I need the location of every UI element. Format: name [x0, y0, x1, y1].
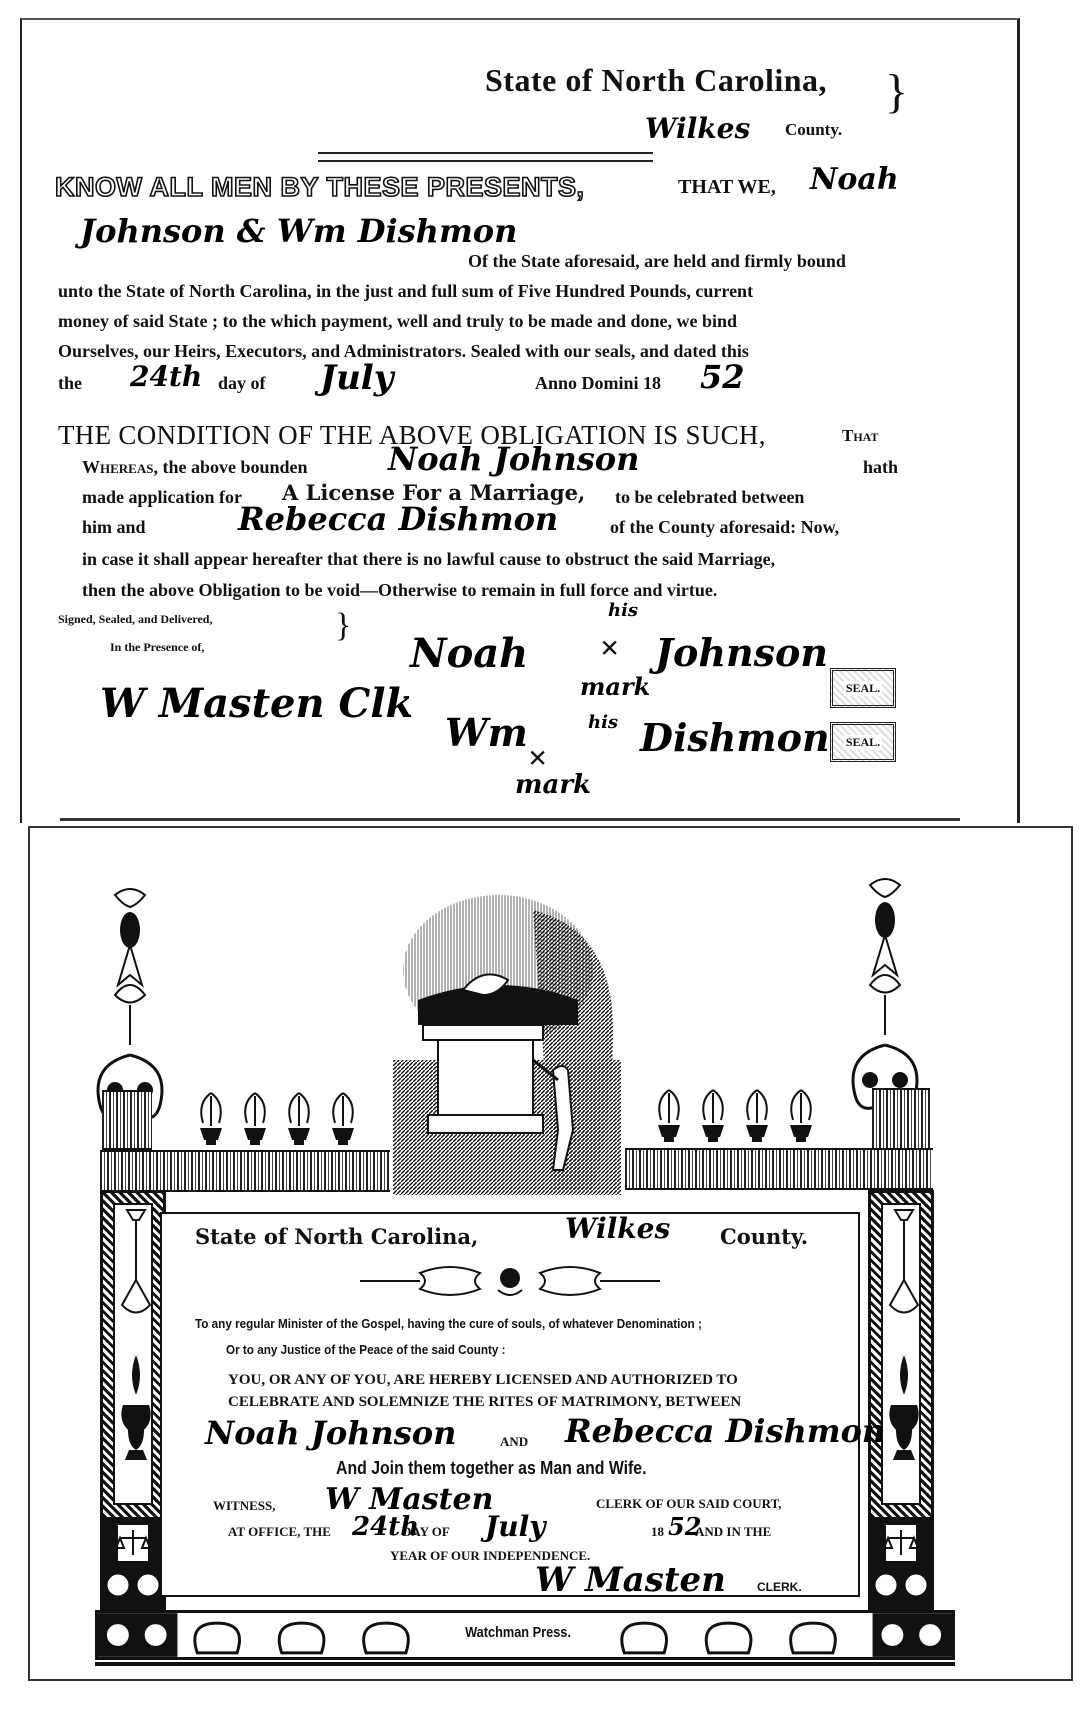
- bond-bride-handwritten: Rebecca Dishmon: [238, 500, 558, 538]
- left-scales-base-icon: [100, 1520, 166, 1610]
- bond-groom-handwritten: Noah Johnson: [388, 440, 639, 478]
- to-justice-line: Or to any Justice of the Peace of the sa…: [226, 1342, 506, 1357]
- left-pillar-cap: [102, 1090, 152, 1150]
- left-pillar-panel: [113, 1203, 153, 1505]
- urn-fern-icon: [236, 1088, 274, 1148]
- header-rule: [318, 152, 653, 162]
- urn-fern-icon: [650, 1085, 688, 1145]
- license-groom-handwritten: Noah Johnson: [205, 1414, 456, 1452]
- signer2-last: Dishmon: [640, 715, 830, 760]
- urn-fern-icon: [324, 1088, 362, 1148]
- condition-line-5: in case it shall appear hereafter that t…: [82, 544, 775, 574]
- left-urn-row: [192, 1088, 362, 1148]
- license-month-handwritten: July: [485, 1510, 546, 1543]
- names-handwritten-1: Noah: [810, 162, 899, 197]
- bond-county-label: County.: [785, 120, 842, 140]
- signer1-last: Johnson: [655, 630, 828, 675]
- him-and-label: him and: [82, 512, 146, 542]
- printer-label: Watchman Press.: [460, 1622, 576, 1643]
- signer1-mark-label: mark: [580, 672, 650, 701]
- bond-county-handwritten: Wilkes: [645, 112, 750, 145]
- seal-box-1: SEAL.: [830, 668, 896, 708]
- witness-signature: W Masten Clk: [100, 680, 413, 727]
- license-bride-handwritten: Rebecca Dishmon: [565, 1412, 885, 1450]
- whereas-label: Whereas,: [82, 457, 158, 477]
- signer2-mark-label: mark: [515, 770, 591, 800]
- signer2-by: his: [588, 712, 618, 733]
- state-aforesaid: Of the State aforesaid,: [468, 251, 640, 271]
- and-in-the-label: AND IN THE: [695, 1524, 771, 1540]
- signer1-first: Noah: [410, 630, 528, 677]
- urn-fern-icon: [782, 1085, 820, 1145]
- urn-fern-icon: [280, 1088, 318, 1148]
- date-the: the: [58, 368, 82, 398]
- brace-icon-2: }: [335, 606, 351, 646]
- brace-icon: }: [885, 62, 908, 122]
- that-label: That: [842, 426, 878, 446]
- urn-fern-icon: [738, 1085, 776, 1145]
- seal-box-2: SEAL.: [830, 722, 896, 762]
- lamp-divider-ornament-icon: [360, 1258, 660, 1304]
- right-urn-row: [650, 1085, 820, 1145]
- right-pillar-panel: [881, 1203, 921, 1505]
- urn-fern-icon: [192, 1088, 230, 1148]
- bond-year-handwritten: 52: [700, 358, 745, 396]
- day-of-label: day of: [218, 368, 266, 398]
- bond-month-handwritten: July: [320, 358, 393, 398]
- footer-rule: [95, 1662, 955, 1666]
- body-line-1: Of the State aforesaid, are held and fir…: [468, 246, 846, 276]
- held-bound: are held and firmly bound: [644, 251, 846, 271]
- to-minister-line: To any regular Minister of the Gospel, h…: [195, 1316, 702, 1331]
- know-all-men-heading: KNOW ALL MEN BY THESE PRESENTS,: [55, 172, 585, 203]
- witness-label: WITNESS,: [213, 1498, 276, 1514]
- right-pillar: [868, 1190, 934, 1520]
- authorized-line-2: CELEBRATE AND SOLEMNIZE THE RITES OF MAT…: [228, 1394, 741, 1411]
- signer2-first: Wm: [445, 710, 528, 755]
- clerk-of-court-label: CLERK OF OUR SAID COURT,: [596, 1496, 782, 1512]
- body-line-2: unto the State of North Carolina, in the…: [58, 276, 753, 306]
- license-state-title: State of North Carolina,: [195, 1224, 478, 1249]
- right-top-band: [625, 1148, 933, 1190]
- join-together-line: And Join them together as Man and Wife.: [336, 1458, 647, 1479]
- left-pillar: [100, 1190, 166, 1520]
- license-county-label: County.: [720, 1224, 808, 1249]
- anno-domini-label: Anno Domini 18: [535, 368, 661, 398]
- signer1-mark-x: ×: [600, 630, 619, 668]
- seal-label-2: SEAL.: [844, 735, 882, 750]
- signed-sealed-label: Signed, Sealed, and Delivered,: [58, 612, 212, 627]
- clerk-signature: W Masten: [535, 1560, 726, 1600]
- left-top-band: [100, 1150, 390, 1192]
- names-handwritten-2: Johnson & Wm Dishmon: [80, 212, 517, 250]
- at-office-label: AT OFFICE, THE: [228, 1524, 331, 1540]
- in-presence-label: In the Presence of,: [110, 640, 204, 655]
- sheet-edge-divider: [60, 818, 960, 821]
- urn-fern-icon: [694, 1085, 732, 1145]
- made-application-label: made application for: [82, 482, 242, 512]
- seal-label-1: SEAL.: [844, 681, 882, 696]
- to-be-celebrated-label: to be celebrated between: [615, 482, 804, 512]
- right-scales-base-icon: [868, 1520, 934, 1610]
- above-bounden-label: the above bounden: [162, 457, 307, 477]
- clerk-label: CLERK.: [757, 1580, 802, 1594]
- bond-state-title: State of North Carolina,: [485, 62, 827, 99]
- right-pillar-cap: [872, 1088, 930, 1150]
- day-of-caps-label: DAY OF: [402, 1524, 450, 1540]
- body-line-3: money of said State ; to the which payme…: [58, 306, 737, 336]
- authorized-line-1: YOU, OR ANY OF YOU, ARE HEREBY LICENSED …: [228, 1372, 738, 1389]
- lamp-and-urn-icon: [115, 1205, 157, 1495]
- altar-dove-cherub-vignette-icon: [393, 890, 621, 1195]
- bond-day-handwritten: 24th: [130, 360, 202, 393]
- of-county-label: of the County aforesaid: Now,: [610, 512, 839, 542]
- whereas-line: Whereas, the above bounden: [82, 452, 308, 482]
- signer1-by: his: [608, 600, 638, 621]
- hath-label: hath: [863, 452, 898, 482]
- license-county-handwritten: Wilkes: [565, 1212, 670, 1245]
- lamp-and-urn-icon: [883, 1205, 925, 1495]
- year-prefix: 18: [651, 1524, 664, 1540]
- that-we-label: THAT WE,: [678, 176, 776, 199]
- and-label: AND: [500, 1434, 528, 1450]
